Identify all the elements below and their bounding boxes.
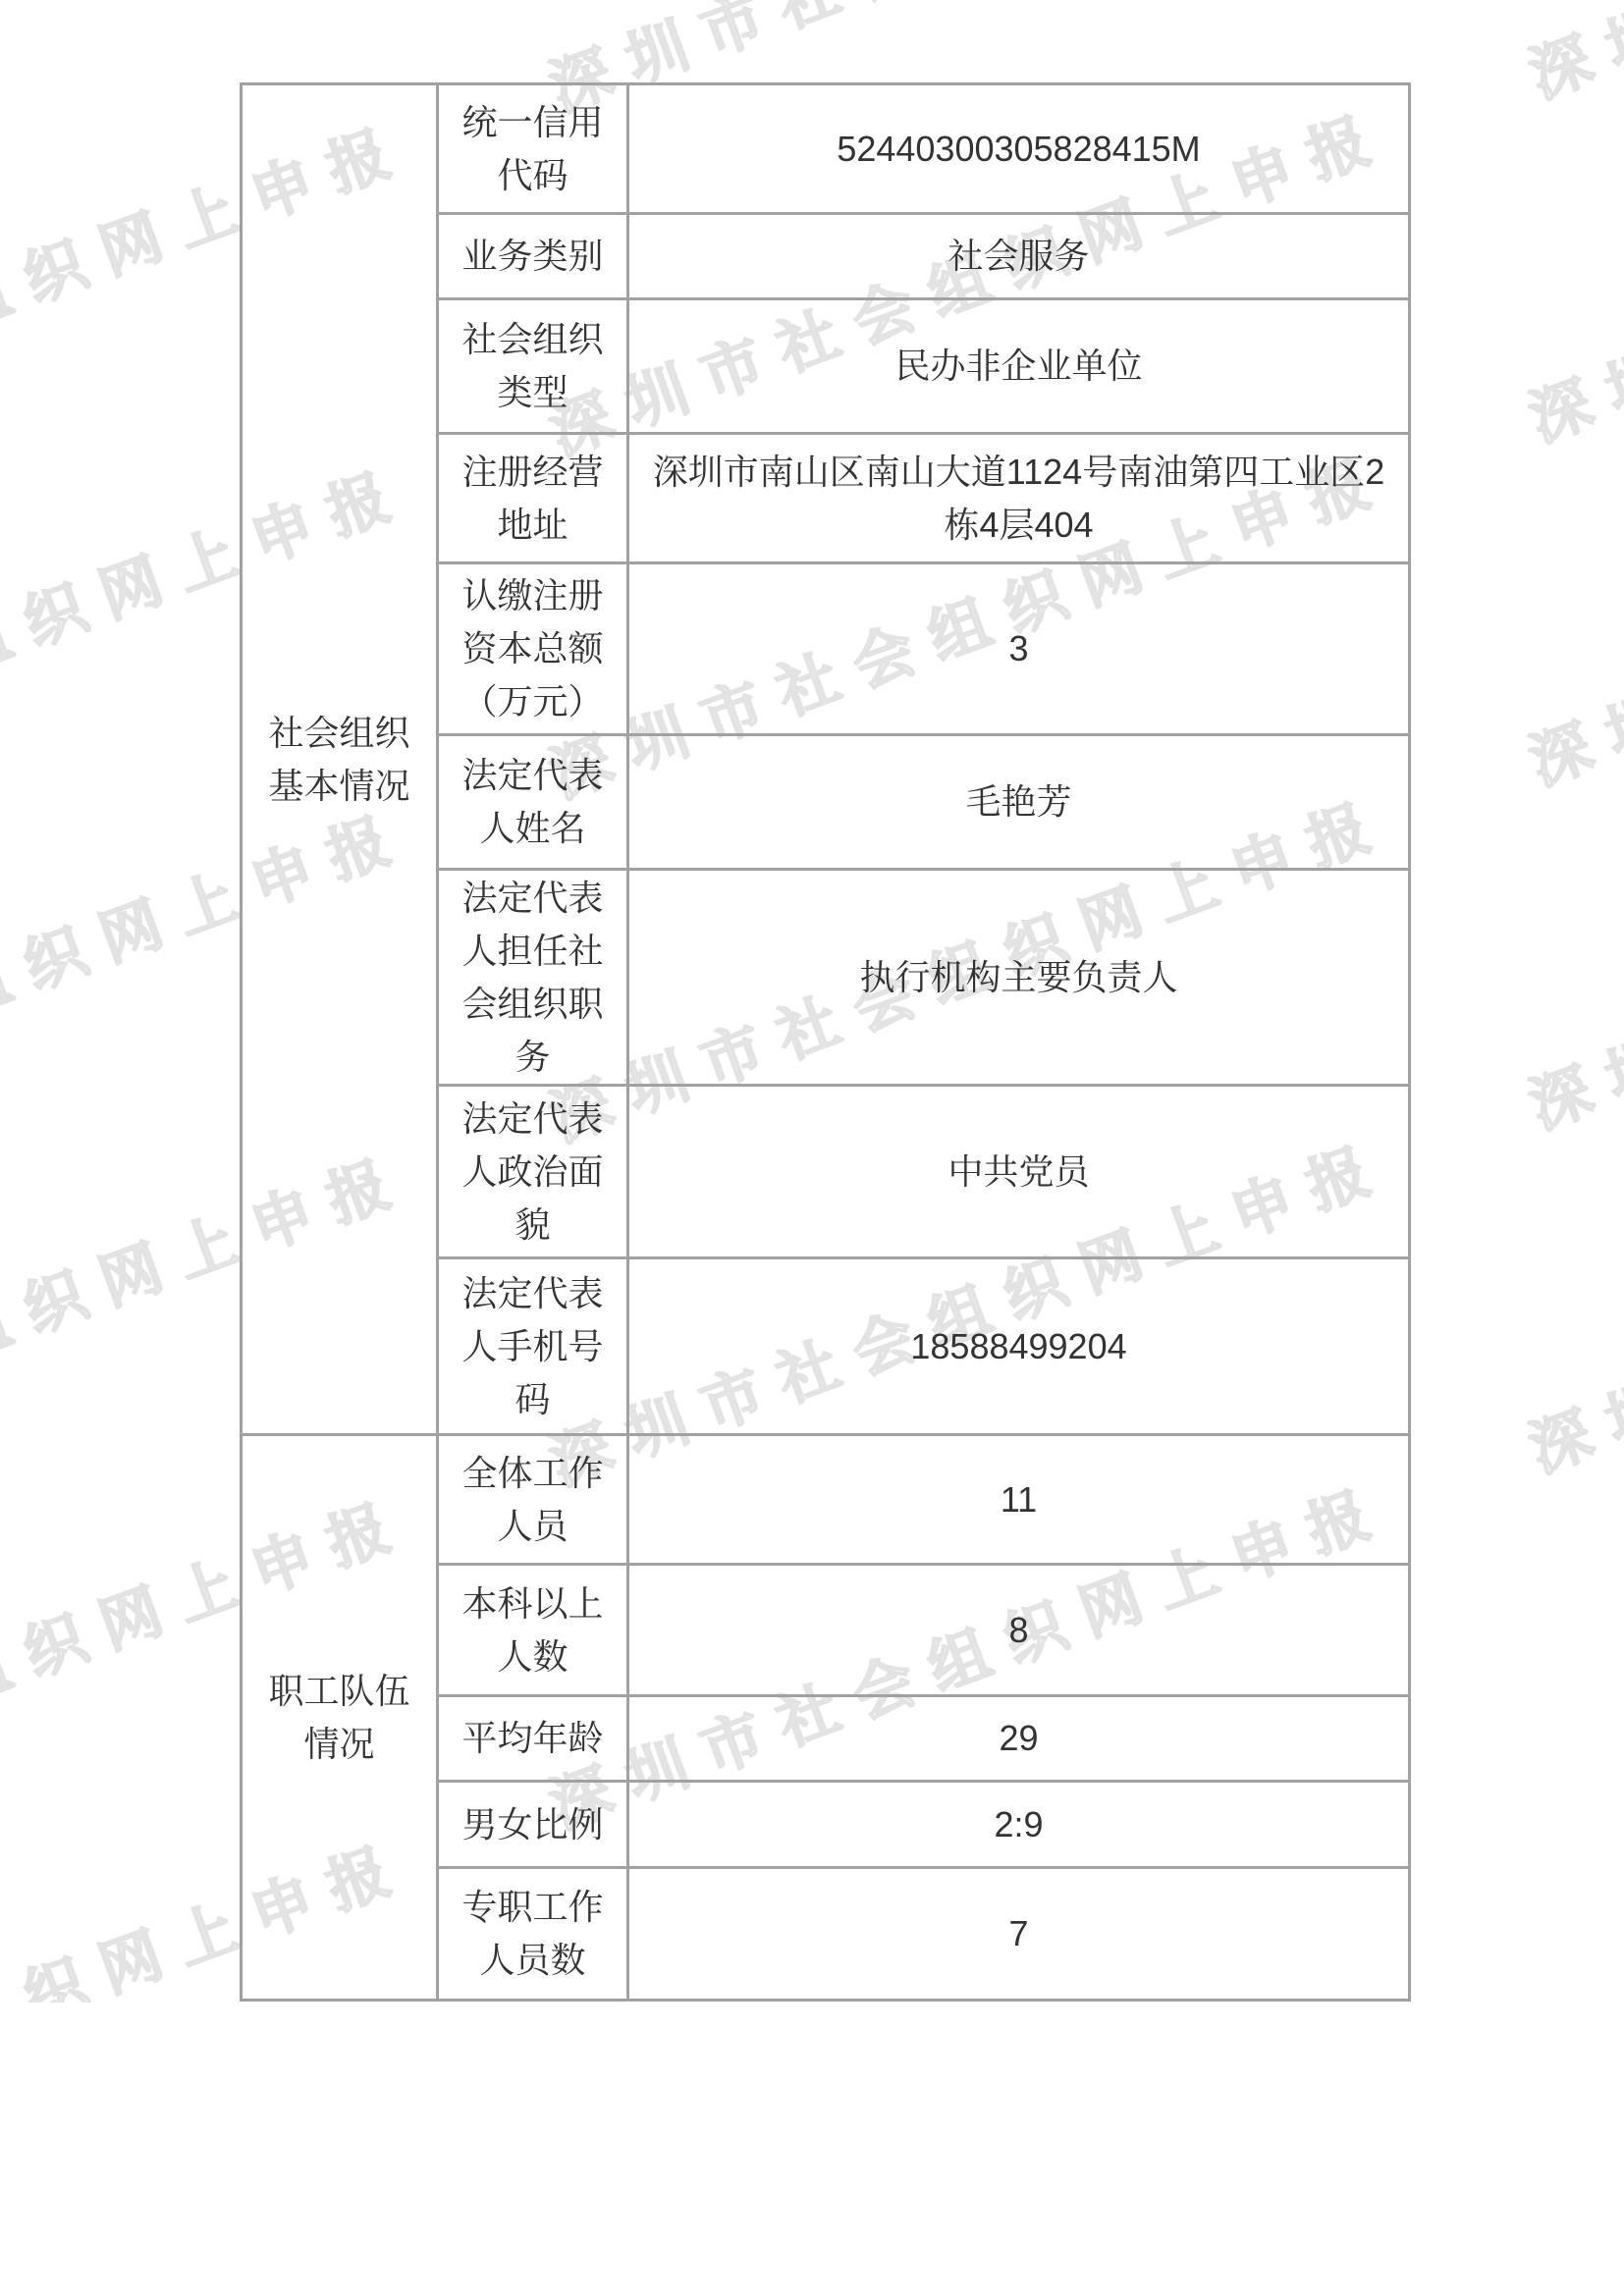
value-registered-capital: 3	[628, 563, 1410, 735]
label-legal-rep-phone: 法定代表人手机号码	[438, 1258, 628, 1435]
label-gender-ratio: 男女比例	[438, 1782, 628, 1868]
label-fulltime-staff-count: 专职工作人员数	[438, 1868, 628, 2001]
table-row: 社会组织基本情况 统一信用代码 52440300305828415M	[242, 84, 1410, 214]
value-org-type: 民办非企业单位	[628, 299, 1410, 434]
value-legal-rep-name: 毛艳芳	[628, 735, 1410, 870]
section-title-text: 职工队伍情况	[266, 1665, 413, 1771]
label-registered-address: 注册经营地址	[438, 434, 628, 563]
value-business-category: 社会服务	[628, 214, 1410, 299]
label-legal-rep-name: 法定代表人姓名	[438, 735, 628, 870]
value-unified-credit-code: 52440300305828415M	[628, 84, 1410, 214]
label-legal-rep-political-status: 法定代表人政治面貌	[438, 1086, 628, 1258]
label-registered-capital: 认缴注册资本总额（万元）	[438, 563, 628, 735]
value-legal-rep-political-status: 中共党员	[628, 1086, 1410, 1258]
table-row: 职工队伍情况 全体工作人员 11	[242, 1435, 1410, 1565]
value-legal-rep-position: 执行机构主要负责人	[628, 870, 1410, 1086]
value-total-staff: 11	[628, 1435, 1410, 1565]
value-registered-address: 深圳市南山区南山大道1124号南油第四工业区2栋4层404	[628, 434, 1410, 563]
value-average-age: 29	[628, 1696, 1410, 1782]
document-page: 深圳市社会组织网上申报深圳市社会组织网上申报深圳市社会组织网上申报深圳市社会组织…	[0, 0, 1624, 2296]
label-average-age: 平均年龄	[438, 1696, 628, 1782]
value-bachelor-above-count: 8	[628, 1565, 1410, 1696]
section-title-staff: 职工队伍情况	[242, 1435, 438, 2001]
value-gender-ratio: 2:9	[628, 1782, 1410, 1868]
value-fulltime-staff-count: 7	[628, 1868, 1410, 2001]
section-title-basic-info: 社会组织基本情况	[242, 84, 438, 1435]
value-legal-rep-phone: 18588499204	[628, 1258, 1410, 1435]
label-total-staff: 全体工作人员	[438, 1435, 628, 1565]
label-legal-rep-position: 法定代表人担任社会组织职务	[438, 870, 628, 1086]
org-info-table: 社会组织基本情况 统一信用代码 52440300305828415M 业务类别 …	[240, 82, 1411, 2002]
label-unified-credit-code: 统一信用代码	[438, 84, 628, 214]
label-business-category: 业务类别	[438, 214, 628, 299]
section-title-text: 社会组织基本情况	[266, 707, 413, 813]
label-bachelor-above-count: 本科以上人数	[438, 1565, 628, 1696]
label-org-type: 社会组织类型	[438, 299, 628, 434]
